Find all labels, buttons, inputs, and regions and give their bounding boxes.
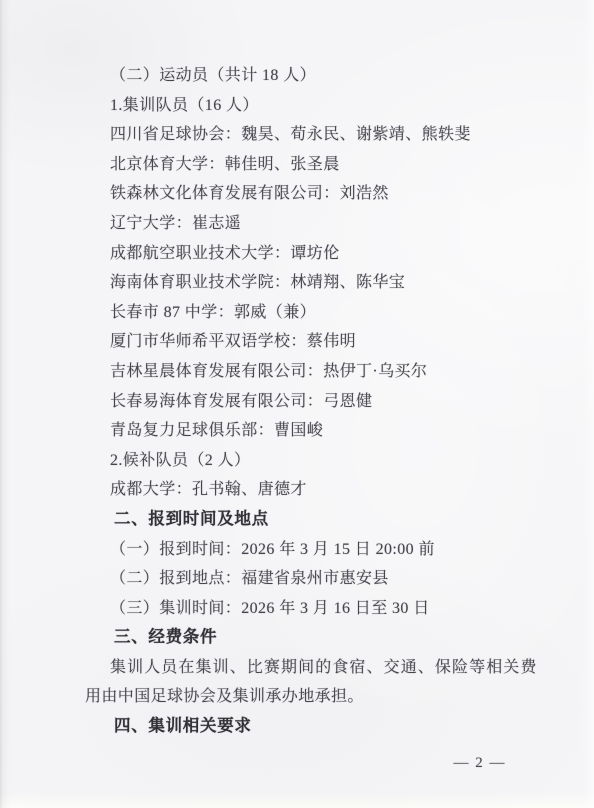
document-body: （二）运动员（共计 18 人） 1.集训队员（16 人） 四川省足球协会：魏昊、…	[85, 61, 534, 742]
section-heading-report: 二、报到时间及地点	[85, 505, 534, 535]
document-page: （二）运动员（共计 18 人） 1.集训队员（16 人） 四川省足球协会：魏昊、…	[0, 0, 594, 808]
section-heading-funding: 三、经费条件	[85, 623, 534, 653]
report-item-time: （一）报到时间：2026 年 3 月 15 日 20:00 前	[85, 535, 534, 565]
squad-entry: 长春易海体育发展有限公司：弓恩健	[85, 387, 534, 417]
report-item-place: （二）报到地点：福建省泉州市惠安县	[85, 564, 534, 594]
reserve-title: 2.候补队员（2 人）	[85, 446, 534, 476]
squad-entry: 北京体育大学：韩佳明、张圣晨	[85, 150, 534, 180]
squad-entry: 海南体育职业技术学院：林靖翔、陈华宝	[85, 268, 534, 298]
page-number: — 2 —	[454, 755, 507, 772]
athletes-section-header: （二）运动员（共计 18 人）	[85, 61, 534, 91]
squad-entry: 四川省足球协会：魏昊、荀永民、谢紫靖、熊轶斐	[85, 120, 534, 150]
section-heading-requirements: 四、集训相关要求	[85, 712, 534, 742]
squad-entry: 吉林星晨体育发展有限公司：热伊丁·乌买尔	[85, 357, 534, 387]
funding-body-line: 集训人员在集训、比赛期间的食宿、交通、保险等相关费	[85, 653, 534, 683]
squad-entry: 青岛复力足球俱乐部：曹国峻	[85, 416, 534, 446]
squad-entry: 长春市 87 中学：郭威（兼）	[85, 298, 534, 328]
squad-entry: 厦门市华师希平双语学校：蔡伟明	[85, 327, 534, 357]
reserve-entry: 成都大学：孔书翰、唐德才	[85, 475, 534, 505]
squad-entry: 成都航空职业技术大学：谭坊伦	[85, 239, 534, 269]
squad-entry: 铁森林文化体育发展有限公司：刘浩然	[85, 179, 534, 209]
squad-title: 1.集训队员（16 人）	[85, 91, 534, 121]
funding-body-line: 用由中国足球协会及集训承办地承担。	[85, 682, 534, 712]
report-item-camp-dates: （三）集训时间：2026 年 3 月 16 日至 30 日	[85, 594, 534, 624]
squad-entry: 辽宁大学：崔志遥	[85, 209, 534, 239]
